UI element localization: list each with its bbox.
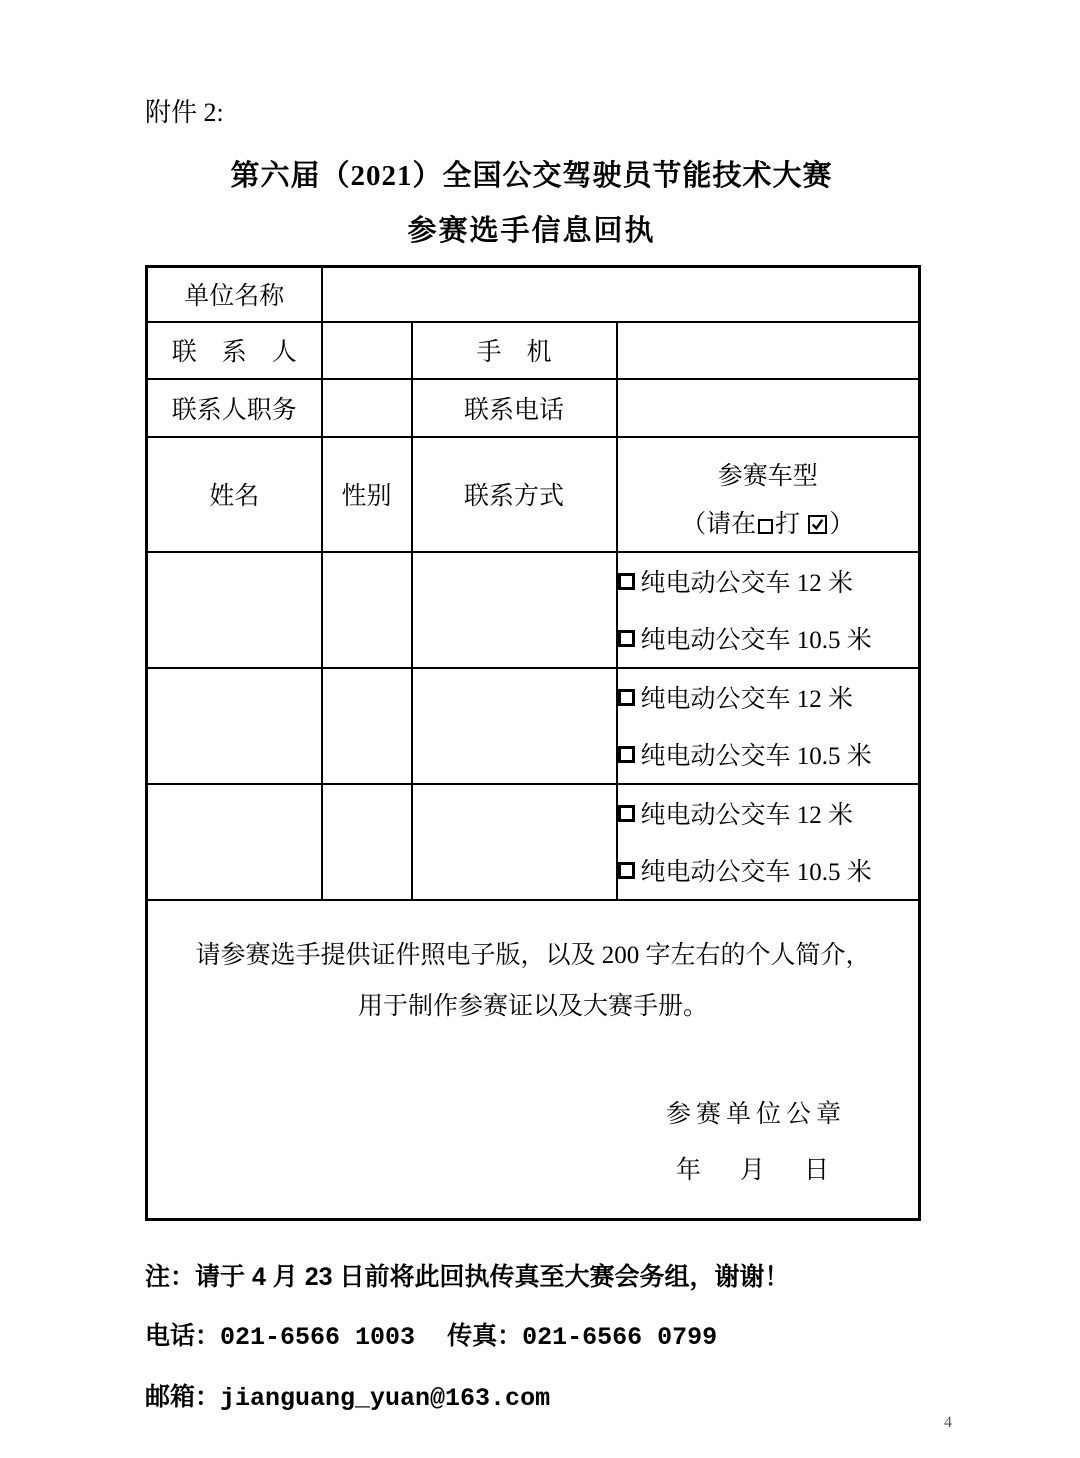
vehicle-header-hint: （请在打 ） (618, 508, 919, 542)
contact-position-value-cell (322, 379, 412, 437)
document-content: 附件 2: 第六届（2021）全国公交驾驶员节能技术大赛 参赛选手信息回执 单位… (145, 0, 918, 1442)
vehicle-option-10-5m: 纯电动公交车 10.5 米 (618, 842, 919, 899)
checked-checkbox-icon (808, 515, 827, 534)
mobile-label: 手 机 (412, 322, 617, 379)
document-subtitle: 参赛选手信息回执 (145, 213, 918, 249)
note-cell: 请参赛选手提供证件照电子版，以及 200 字左右的个人简介， 用于制作参赛证以及… (147, 900, 920, 1220)
competitor-gender-cell (322, 552, 412, 668)
registration-form-table: 单位名称 联 系 人 手 机 联系人职务 联系电话 姓名 性别 联系方式 (145, 265, 921, 1221)
note-text-line-1: 请参赛选手提供证件照电子版，以及 200 字左右的个人简介， (148, 930, 918, 981)
vehicle-options-cell: 纯电动公交车 12 米 纯电动公交车 10.5 米 (617, 784, 920, 900)
note-row: 请参赛选手提供证件照电子版，以及 200 字左右的个人简介， 用于制作参赛证以及… (147, 900, 920, 1220)
competitor-contact-cell (412, 784, 617, 900)
unit-name-row: 单位名称 (147, 267, 920, 322)
checkbox-icon (618, 689, 635, 706)
checkbox-icon (758, 519, 773, 534)
competitor-name-cell (147, 668, 322, 784)
page-number: 4 (944, 1414, 952, 1432)
checkbox-icon (618, 630, 635, 647)
footer-deadline-note: 注：请于 4 月 23 日前将此回执传真至大赛会务组，谢谢！ (145, 1261, 918, 1293)
vehicle-option-10-5m: 纯电动公交车 10.5 米 (618, 610, 919, 667)
competitor-gender-cell (322, 668, 412, 784)
footer-phone-fax-line: 电话：021-6566 1003传真：021-6566 0799 (145, 1320, 918, 1354)
competitor-contact-cell (412, 552, 617, 668)
name-column-header: 姓名 (147, 437, 322, 552)
document-title: 第六届（2021）全国公交驾驶员节能技术大赛 (145, 158, 918, 194)
checkbox-icon (618, 862, 635, 879)
document-page: 附件 2: 第六届（2021）全国公交驾驶员节能技术大赛 参赛选手信息回执 单位… (0, 0, 1080, 1458)
contact-position-label: 联系人职务 (147, 379, 322, 437)
contact-phone-value-cell (617, 379, 920, 437)
footer-notes: 注：请于 4 月 23 日前将此回执传真至大赛会务组，谢谢！ 电话：021-65… (145, 1261, 918, 1415)
contact-column-header: 联系方式 (412, 437, 617, 552)
vehicle-header-title: 参赛车型 (618, 460, 919, 494)
competitor-name-cell (147, 552, 322, 668)
vehicle-column-header: 参赛车型 （请在打 ） (617, 437, 920, 552)
competitor-contact-cell (412, 668, 617, 784)
footer-email-line: 邮箱：jianguang_yuan@163.com (145, 1381, 918, 1415)
attachment-label: 附件 2: (145, 96, 918, 130)
email-label: 邮箱： (145, 1383, 220, 1411)
gender-column-header: 性别 (322, 437, 412, 552)
competitor-row-1: 纯电动公交车 12 米 纯电动公交车 10.5 米 (147, 552, 920, 668)
seal-label: 参赛单位公章 (148, 1098, 918, 1132)
unit-name-value-cell (322, 267, 920, 322)
competitor-gender-cell (322, 784, 412, 900)
vehicle-option-12m: 纯电动公交车 12 米 (618, 553, 919, 610)
contact-phone-label: 联系电话 (412, 379, 617, 437)
mobile-value-cell (617, 322, 920, 379)
vehicle-option-10-5m: 纯电动公交车 10.5 米 (618, 726, 919, 783)
checkbox-icon (618, 746, 635, 763)
checkbox-icon (618, 805, 635, 822)
competitor-name-cell (147, 784, 322, 900)
email-address: jianguang_yuan@163.com (220, 1384, 550, 1413)
checkbox-icon (618, 573, 635, 590)
unit-name-label: 单位名称 (147, 267, 322, 322)
contact-person-label: 联 系 人 (147, 322, 322, 379)
contact-position-row: 联系人职务 联系电话 (147, 379, 920, 437)
vehicle-option-12m: 纯电动公交车 12 米 (618, 785, 919, 842)
competitor-row-2: 纯电动公交车 12 米 纯电动公交车 10.5 米 (147, 668, 920, 784)
phone-number: 021-6566 1003 (220, 1323, 415, 1352)
phone-label: 电话： (145, 1322, 220, 1350)
vehicle-options-cell: 纯电动公交车 12 米 纯电动公交车 10.5 米 (617, 552, 920, 668)
date-label: 年 月 日 (148, 1154, 918, 1188)
fax-number: 021-6566 0799 (522, 1323, 717, 1352)
competitor-row-3: 纯电动公交车 12 米 纯电动公交车 10.5 米 (147, 784, 920, 900)
vehicle-option-12m: 纯电动公交车 12 米 (618, 669, 919, 726)
fax-label: 传真： (447, 1322, 522, 1350)
note-text-line-2: 用于制作参赛证以及大赛手册。 (148, 981, 918, 1032)
vehicle-options-cell: 纯电动公交车 12 米 纯电动公交车 10.5 米 (617, 668, 920, 784)
contact-person-value-cell (322, 322, 412, 379)
roster-header-row: 姓名 性别 联系方式 参赛车型 （请在打 ） (147, 437, 920, 552)
contact-person-row: 联 系 人 手 机 (147, 322, 920, 379)
